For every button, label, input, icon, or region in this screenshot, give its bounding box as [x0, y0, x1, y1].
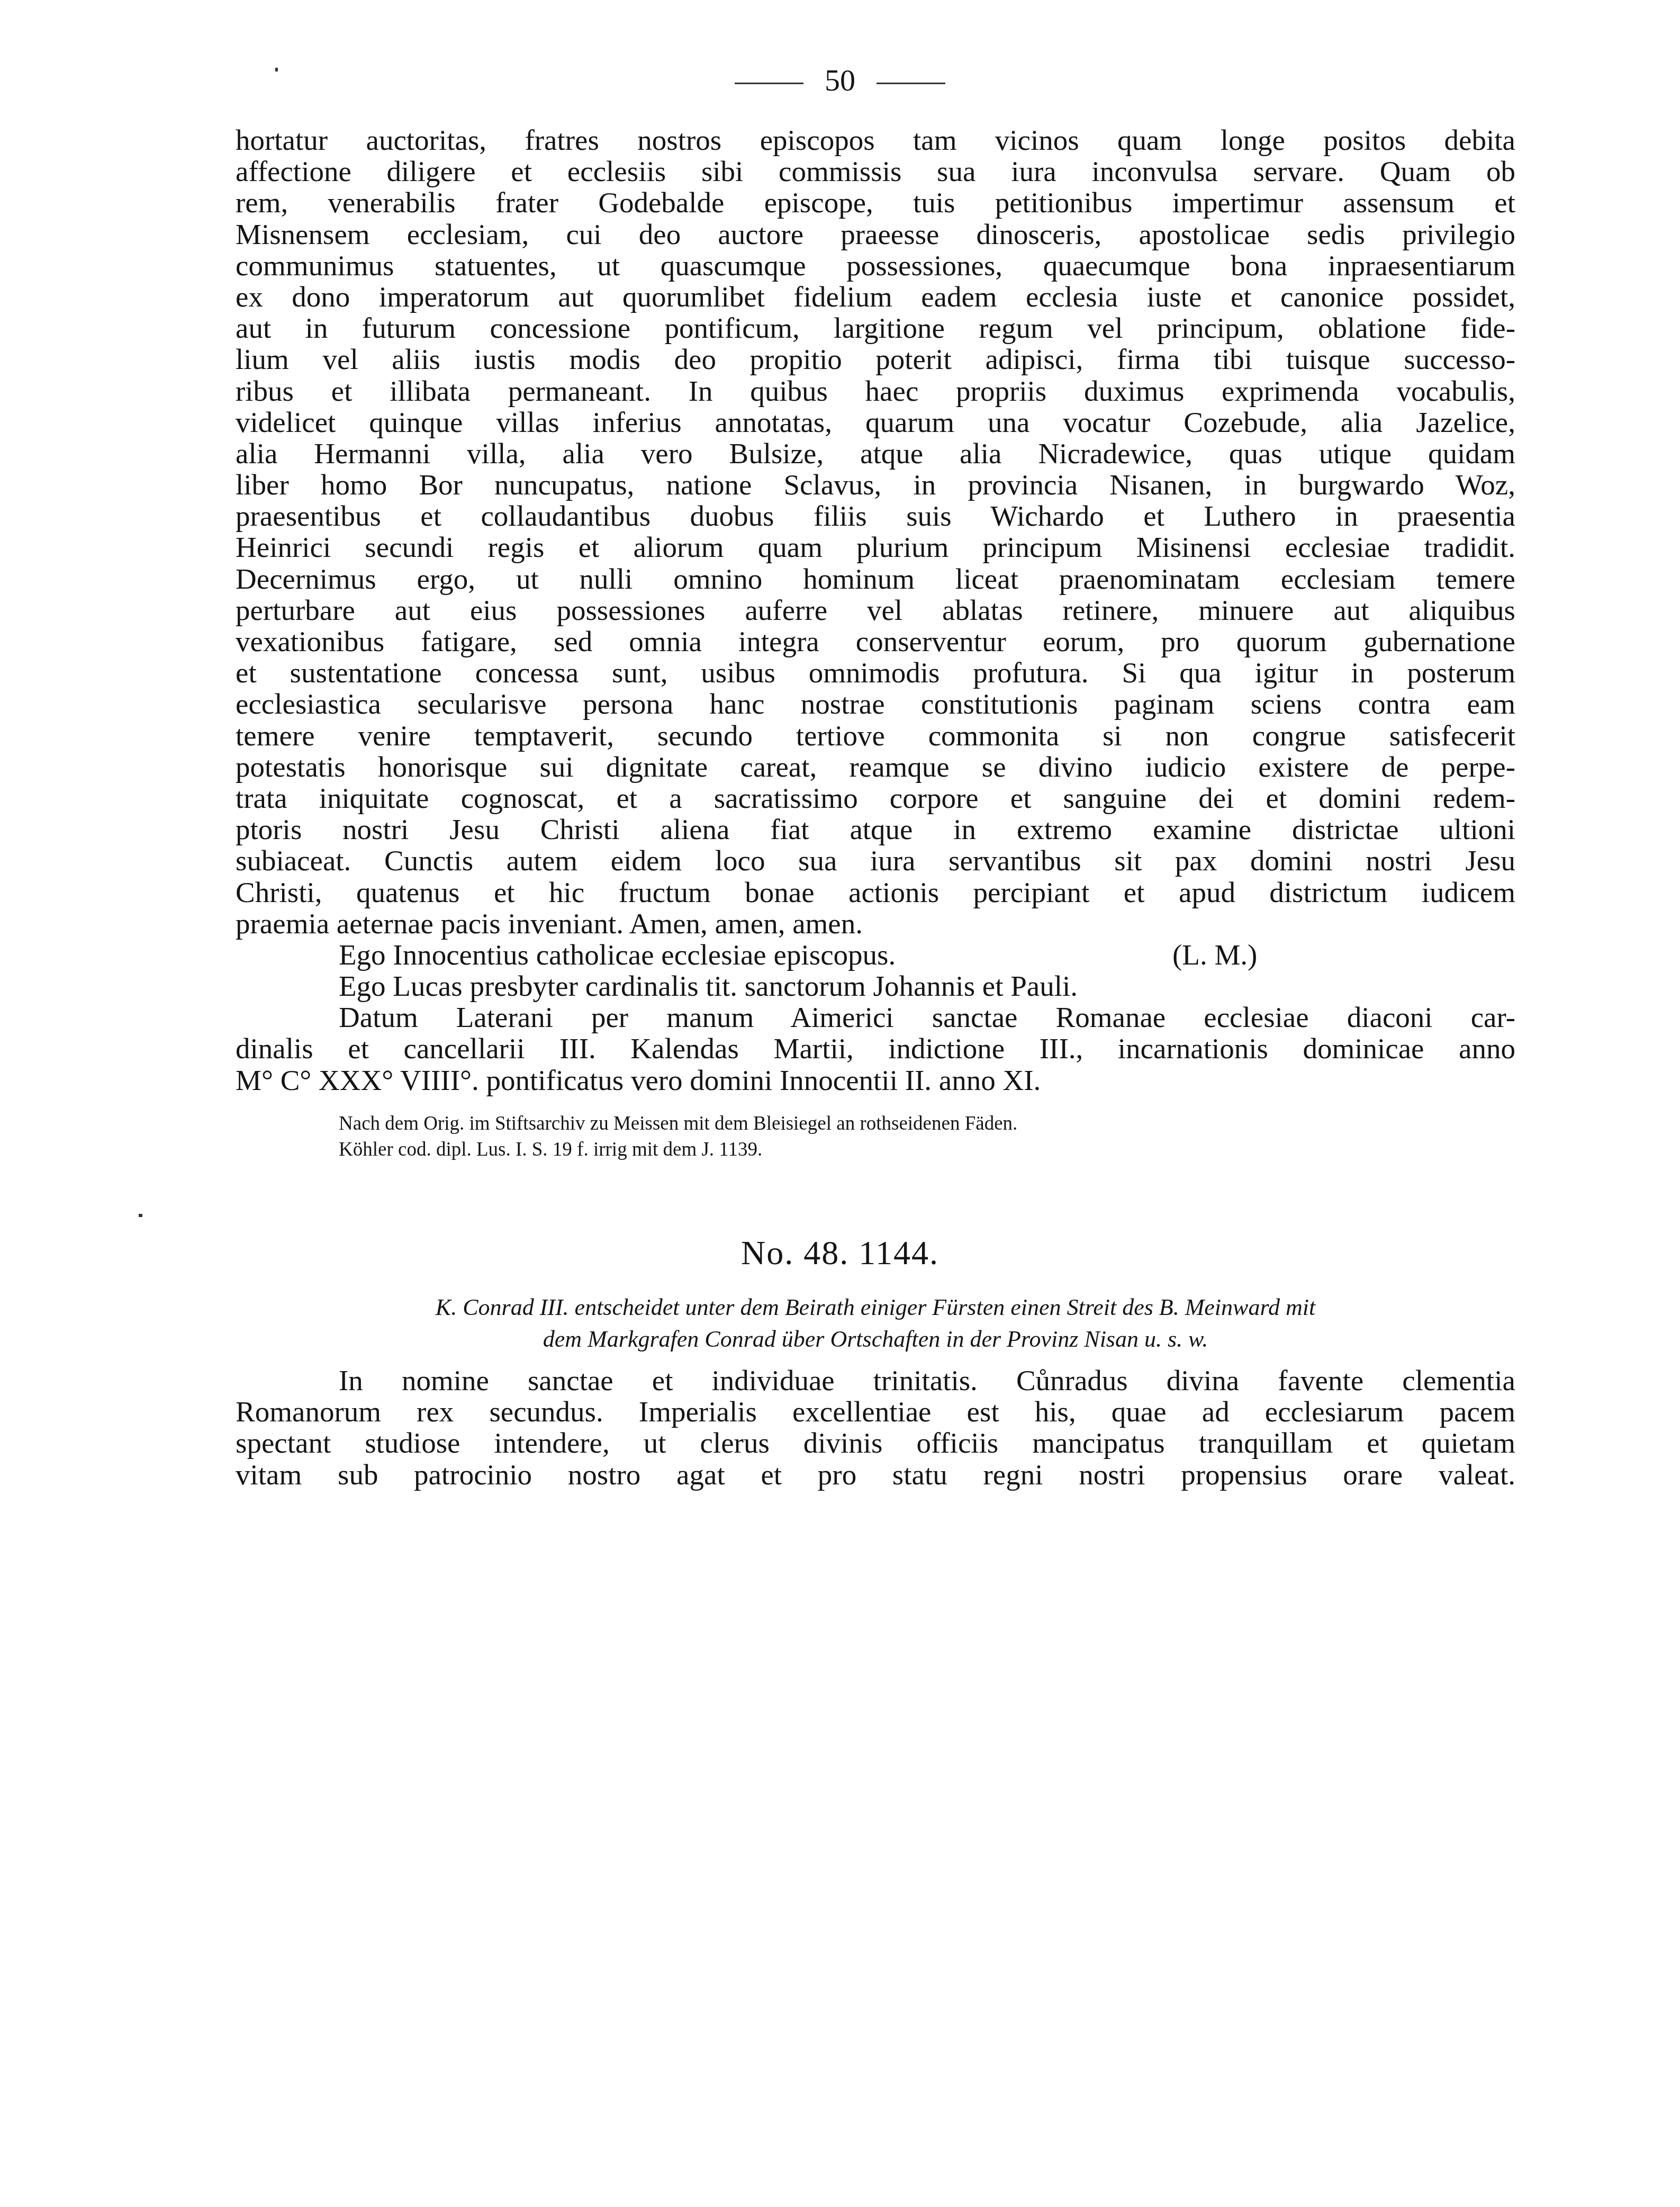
text-line: vitam sub patrocinio nostro agat et pro … [236, 1459, 1515, 1490]
text-line: affectione diligere et ecclesiis sibi co… [236, 156, 1515, 187]
text-line: Decernimus ergo, ut nulli omnino hominum… [236, 563, 1515, 594]
page-number-right-rule [877, 83, 945, 84]
text-line: Romanorum rex secundus. Imperialis excel… [236, 1396, 1515, 1427]
text-line: lium vel aliis iustis modis deo propitio… [236, 344, 1515, 375]
text-line: communimus statuentes, ut quascumque pos… [236, 250, 1515, 281]
text-line: et sustentatione concessa sunt, usibus o… [236, 657, 1515, 688]
scan-speck [139, 1214, 142, 1217]
text-line: rem, venerabilis frater Godebalde episco… [236, 187, 1515, 218]
charter-heading: No. 48. 1144. [0, 1233, 1680, 1273]
footnote-line: Nach dem Orig. im Stiftsarchiv zu Meisse… [339, 1111, 1017, 1137]
text-line: temere venire temptaverit, secundo terti… [236, 720, 1515, 751]
text-line: In nomine sanctae et individuae trinitat… [236, 1365, 1515, 1396]
signature-line: Ego Innocentius catholicae ecclesiae epi… [236, 939, 1515, 970]
text-line: Misnensem ecclesiam, cui deo auctore pra… [236, 219, 1515, 250]
text-line: hortatur auctoritas, fratres nostros epi… [236, 124, 1515, 156]
source-footnotes: Nach dem Orig. im Stiftsarchiv zu Meisse… [339, 1111, 1017, 1163]
signature-text: Ego Innocentius catholicae ecclesiae epi… [236, 939, 1515, 970]
page-number-value: 50 [825, 63, 855, 97]
summary-line: dem Markgrafen Conrad über Ortschaften i… [236, 1323, 1515, 1355]
text-line: praemia aeternae pacis inveniant. Amen, … [236, 908, 1515, 939]
signature-line: Ego Lucas presbyter cardinalis tit. sanc… [236, 970, 1515, 1002]
text-line: liber homo Bor nuncupatus, natione Sclav… [236, 469, 1515, 500]
text-line: potestatis honorisque sui dignitate care… [236, 751, 1515, 782]
text-line: spectant studiose intendere, ut clerus d… [236, 1427, 1515, 1458]
text-line: alia Hermanni villa, alia vero Bulsize, … [236, 438, 1515, 469]
text-line: Christi, quatenus et hic fructum bonae a… [236, 877, 1515, 908]
charter-continuation-text: hortatur auctoritas, fratres nostros epi… [236, 124, 1515, 1096]
text-line: ptoris nostri Jesu Christi aliena fiat a… [236, 814, 1515, 845]
text-line: videlicet quinque villas inferius annota… [236, 407, 1515, 438]
dating-line: dinalis et cancellarii III. Kalendas Mar… [236, 1033, 1515, 1064]
dating-line: M° C° XXX° VIIII°. pontificatus vero dom… [236, 1065, 1515, 1096]
summary-line: K. Conrad III. entscheidet unter dem Bei… [236, 1292, 1515, 1323]
signature-text: Ego Lucas presbyter cardinalis tit. sanc… [236, 970, 1515, 1002]
text-line: vexationibus fatigare, sed omnia integra… [236, 626, 1515, 657]
page-number-left-rule [735, 83, 803, 84]
text-line: Heinrici secundi regis et aliorum quam p… [236, 532, 1515, 563]
text-line: perturbare aut eius possessiones auferre… [236, 594, 1515, 626]
text-line: ex dono imperatorum aut quorumlibet fide… [236, 281, 1515, 312]
dating-line: Datum Laterani per manum Aimerici sancta… [236, 1002, 1515, 1033]
seal-mark: (L. M.) [1172, 939, 1257, 970]
scan-speck [275, 68, 278, 71]
text-line: trata iniquitate cognoscat, et a sacrati… [236, 782, 1515, 814]
charter-summary: K. Conrad III. entscheidet unter dem Bei… [236, 1292, 1515, 1355]
text-line: subiaceat. Cunctis autem eidem loco sua … [236, 845, 1515, 876]
page-number: 50 [0, 62, 1680, 98]
text-line: ribus et illibata permaneant. In quibus … [236, 375, 1515, 407]
footnote-line: Köhler cod. dipl. Lus. I. S. 19 f. irrig… [339, 1137, 1017, 1163]
text-line: aut in futurum concessione pontificum, l… [236, 312, 1515, 344]
charter-text: In nomine sanctae et individuae trinitat… [236, 1365, 1515, 1490]
text-line: praesentibus et collaudantibus duobus fi… [236, 500, 1515, 532]
text-line: ecclesiastica secularisve persona hanc n… [236, 688, 1515, 719]
